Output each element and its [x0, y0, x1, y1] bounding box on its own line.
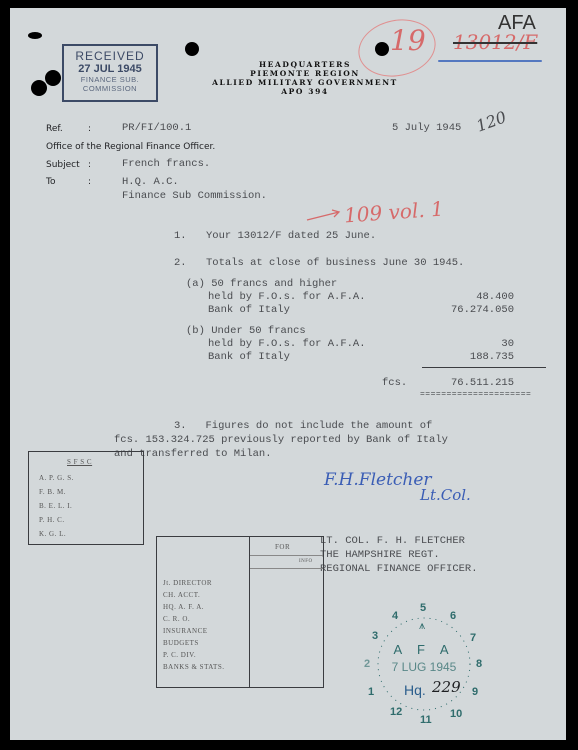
- received-stamp-title: RECEIVED: [64, 49, 156, 63]
- routing-item: HQ. A. F. A.: [163, 603, 204, 611]
- clock-number: 1: [368, 686, 374, 698]
- afa-stamp-hq-number: 229: [432, 678, 461, 696]
- afa-clock-stamp: 5 6 7 8 9 10 11 12 1 2 3 4 ⩚ A F A 7 LUG…: [362, 602, 486, 726]
- to-line1: H.Q. A.C.: [122, 176, 179, 188]
- to-line2: Finance Sub Commission.: [122, 190, 267, 202]
- clock-number: 9: [472, 686, 478, 698]
- section-a-row-amount: 48.400: [410, 291, 514, 303]
- section-b-row-desc: held by F.O.s. for A.F.A.: [208, 338, 366, 350]
- section-a-label: (a) 50 francs and higher: [186, 278, 337, 290]
- routing-header-rule: [250, 568, 323, 569]
- document-page: RECEIVED 27 JUL 1945 FINANCE SUB. COMMIS…: [10, 8, 566, 740]
- clock-number: 4: [392, 610, 398, 622]
- section-a-row-desc: Bank of Italy: [208, 304, 290, 316]
- routing-item: Jt. DIRECTOR: [163, 579, 212, 587]
- clock-number: 10: [450, 708, 462, 720]
- to-label: To: [46, 177, 55, 187]
- afa-stamp-hq-label: Hq.: [404, 682, 426, 698]
- ref-label: Ref.: [46, 124, 63, 134]
- routing-item: CH. ACCT.: [163, 591, 200, 599]
- routing-item: P. C. DIV.: [163, 651, 196, 659]
- received-stamp-line4: COMMISSION: [64, 84, 156, 93]
- routing-item: B. E. L. I.: [39, 502, 72, 510]
- ref-colon: :: [88, 124, 91, 134]
- signature-typed-line1: LT. COL. F. H. FLETCHER: [320, 535, 465, 547]
- routing-item: A. P. G. S.: [39, 474, 74, 482]
- ref-value: PR/FI/100.1: [122, 122, 191, 134]
- punch-hole: [185, 42, 199, 56]
- routing-item: BUDGETS: [163, 639, 199, 647]
- signature-rank-handwritten: Lt.Col.: [420, 486, 471, 504]
- received-stamp: RECEIVED 27 JUL 1945 FINANCE SUB. COMMIS…: [62, 44, 158, 102]
- clock-number: 11: [420, 714, 432, 726]
- clock-number: 5: [420, 602, 426, 614]
- routing-item: BANKS & STATS.: [163, 663, 224, 671]
- struck-reference: 13012/F: [453, 30, 537, 54]
- routing-box-directorate: FOR INFO Jt. DIRECTOR CH. ACCT. HQ. A. F…: [156, 536, 324, 688]
- total-value: 76.511.215: [410, 377, 514, 389]
- subject-value: French francs.: [122, 158, 210, 170]
- routing-item: C. R. O.: [163, 615, 190, 623]
- punch-hole: [45, 70, 61, 86]
- routing-column-for: FOR: [275, 543, 290, 551]
- signature-typed-line3: REGIONAL FINANCE OFFICER.: [320, 563, 478, 575]
- total-label: fcs.: [382, 377, 407, 389]
- para1-number: 1.: [174, 230, 187, 242]
- section-b-label: (b) Under 50 francs: [186, 325, 306, 337]
- para1-text: Your 13012/F dated 25 June.: [206, 230, 376, 242]
- clock-number: 12: [390, 706, 402, 718]
- arrow-annotation-icon: [306, 208, 342, 220]
- clock-number: 6: [450, 610, 456, 622]
- letterhead-line3: ALLIED MILITARY GOVERNMENT: [198, 78, 412, 87]
- subtotal-rule: [422, 367, 546, 368]
- routing-box-divider: [249, 537, 250, 687]
- section-a-row-amount: 76.274.050: [410, 304, 514, 316]
- section-a-row-desc: held by F.O.s. for A.F.A.: [208, 291, 366, 303]
- afa-stamp-title: A F A: [362, 642, 486, 657]
- routing-item: K. G. L.: [39, 530, 66, 538]
- circled-number: 19: [390, 24, 426, 57]
- letterhead-line4: APO 394: [198, 87, 412, 96]
- blue-underline: [438, 60, 542, 62]
- routing-item: INSURANCE: [163, 627, 208, 635]
- subject-label: Subject: [46, 160, 80, 170]
- para2-number: 2.: [174, 257, 187, 269]
- routing-column-info: INFO: [299, 559, 313, 564]
- para2-text: Totals at close of business June 30 1945…: [206, 257, 464, 269]
- antenna-icon: ⩚: [419, 620, 425, 633]
- margin-number: 120: [474, 107, 509, 135]
- punch-hole: [31, 80, 47, 96]
- section-b-row-desc: Bank of Italy: [208, 351, 290, 363]
- letter-date: 5 July 1945: [392, 122, 461, 134]
- signature-typed-line2: THE HAMPSHIRE REGT.: [320, 549, 440, 561]
- routing-item: P. H. C.: [39, 516, 65, 524]
- signature-handwritten: F.H.Fletcher: [324, 470, 432, 490]
- section-b-row-amount: 188.735: [410, 351, 514, 363]
- section-b-row-amount: 30: [410, 338, 514, 350]
- para3-line2: fcs. 153.324.725 previously reported by …: [114, 434, 448, 446]
- routing-box-sfsc: S F S C A. P. G. S. F. B. M. B. E. L. I.…: [28, 451, 144, 545]
- routing-box-title: S F S C: [67, 458, 92, 466]
- routing-header-rule: [250, 555, 323, 556]
- clock-number: 3: [372, 630, 378, 642]
- arrow-annotation-note: 109 vol. 1: [343, 197, 444, 228]
- received-stamp-date: 27 JUL 1945: [64, 63, 156, 75]
- to-colon: :: [88, 177, 91, 187]
- punch-hole: [28, 32, 42, 39]
- routing-item: F. B. M.: [39, 488, 66, 496]
- para3-line1: 3. Figures do not include the amount of: [174, 420, 432, 432]
- total-double-rule: =====================: [420, 390, 531, 399]
- received-stamp-line3: FINANCE SUB.: [64, 75, 156, 84]
- office-line: Office of the Regional Finance Officer.: [46, 142, 215, 152]
- afa-stamp-date: 7 LUG 1945: [362, 660, 486, 674]
- subject-colon: :: [88, 160, 91, 170]
